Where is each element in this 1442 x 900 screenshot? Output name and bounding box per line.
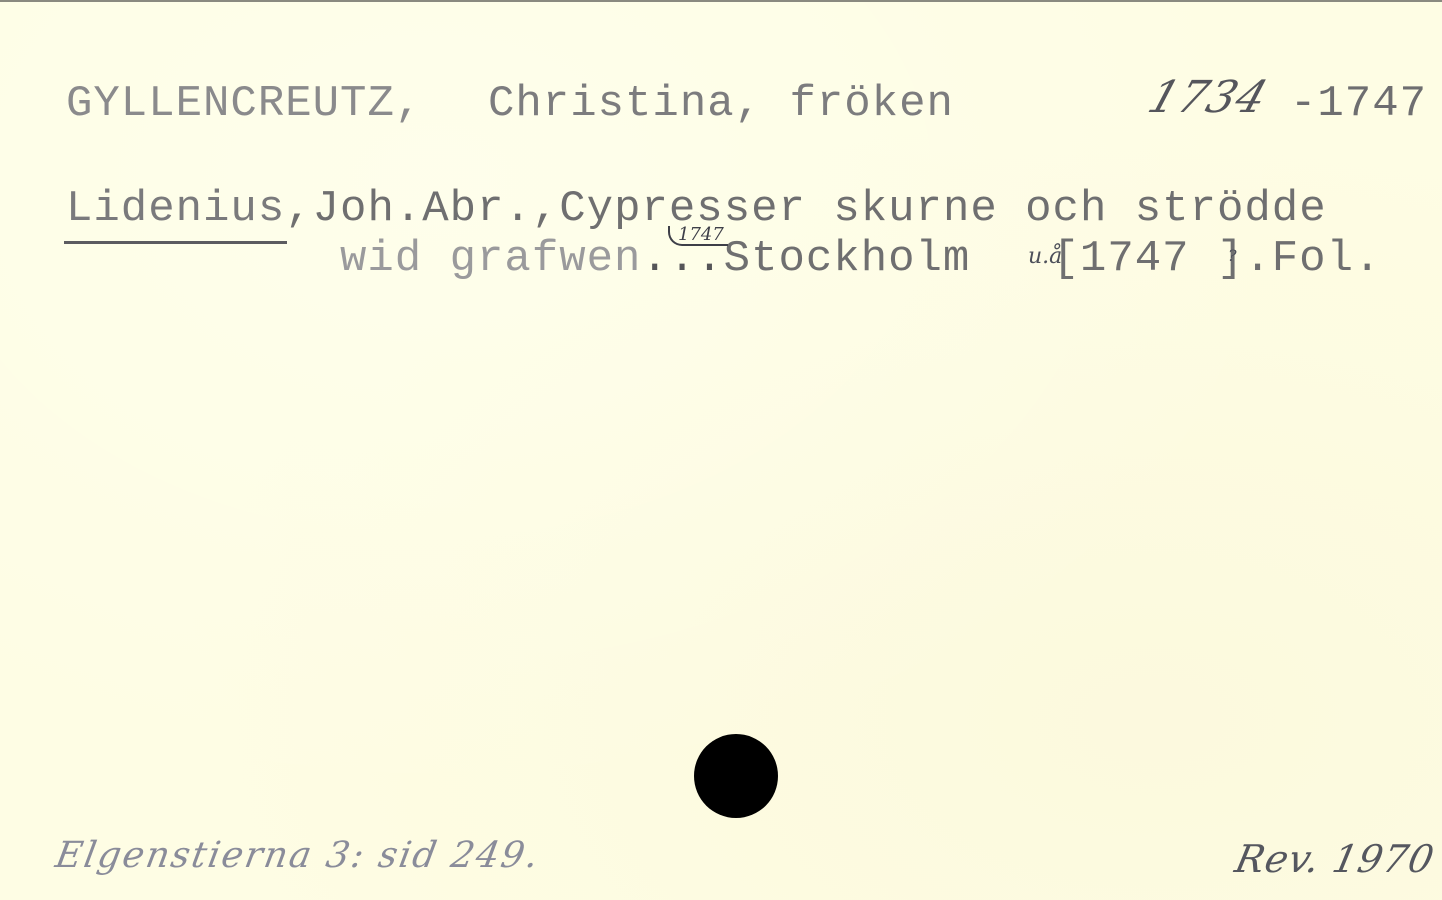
imprint-year: [1747 bbox=[1053, 234, 1190, 284]
catalog-card: GYLLENCREUTZ, Christina, fröken 1734 -17… bbox=[0, 0, 1442, 900]
imprint-place: Stockholm bbox=[724, 234, 971, 284]
birth-year-handwritten: 1734 bbox=[1143, 76, 1273, 120]
handwritten-year-insert: 1747 bbox=[668, 226, 728, 246]
punch-hole bbox=[694, 734, 778, 818]
revision-note: Rev. 1970 bbox=[1232, 840, 1438, 878]
format: ].Fol. bbox=[1217, 234, 1381, 284]
entry-title-start: ,Joh.Abr.,Cypresser skurne och strödde bbox=[285, 184, 1326, 234]
reference-note: Elgenstierna 3: sid 249. bbox=[53, 838, 543, 874]
death-year: -1747 bbox=[1290, 82, 1427, 126]
heading-surname: GYLLENCREUTZ, bbox=[66, 82, 422, 126]
heading-given-name: Christina, fröken bbox=[488, 82, 954, 126]
entry-title-end: wid grafwen bbox=[340, 234, 641, 284]
entry-line-2: wid grafwen...Stockholm [1747 ].Fol. bbox=[340, 237, 1381, 281]
author-name: Lidenius bbox=[66, 184, 285, 234]
handwritten-place-note: u.å bbox=[1028, 244, 1062, 269]
handwritten-question-mark: ? bbox=[1228, 246, 1237, 265]
